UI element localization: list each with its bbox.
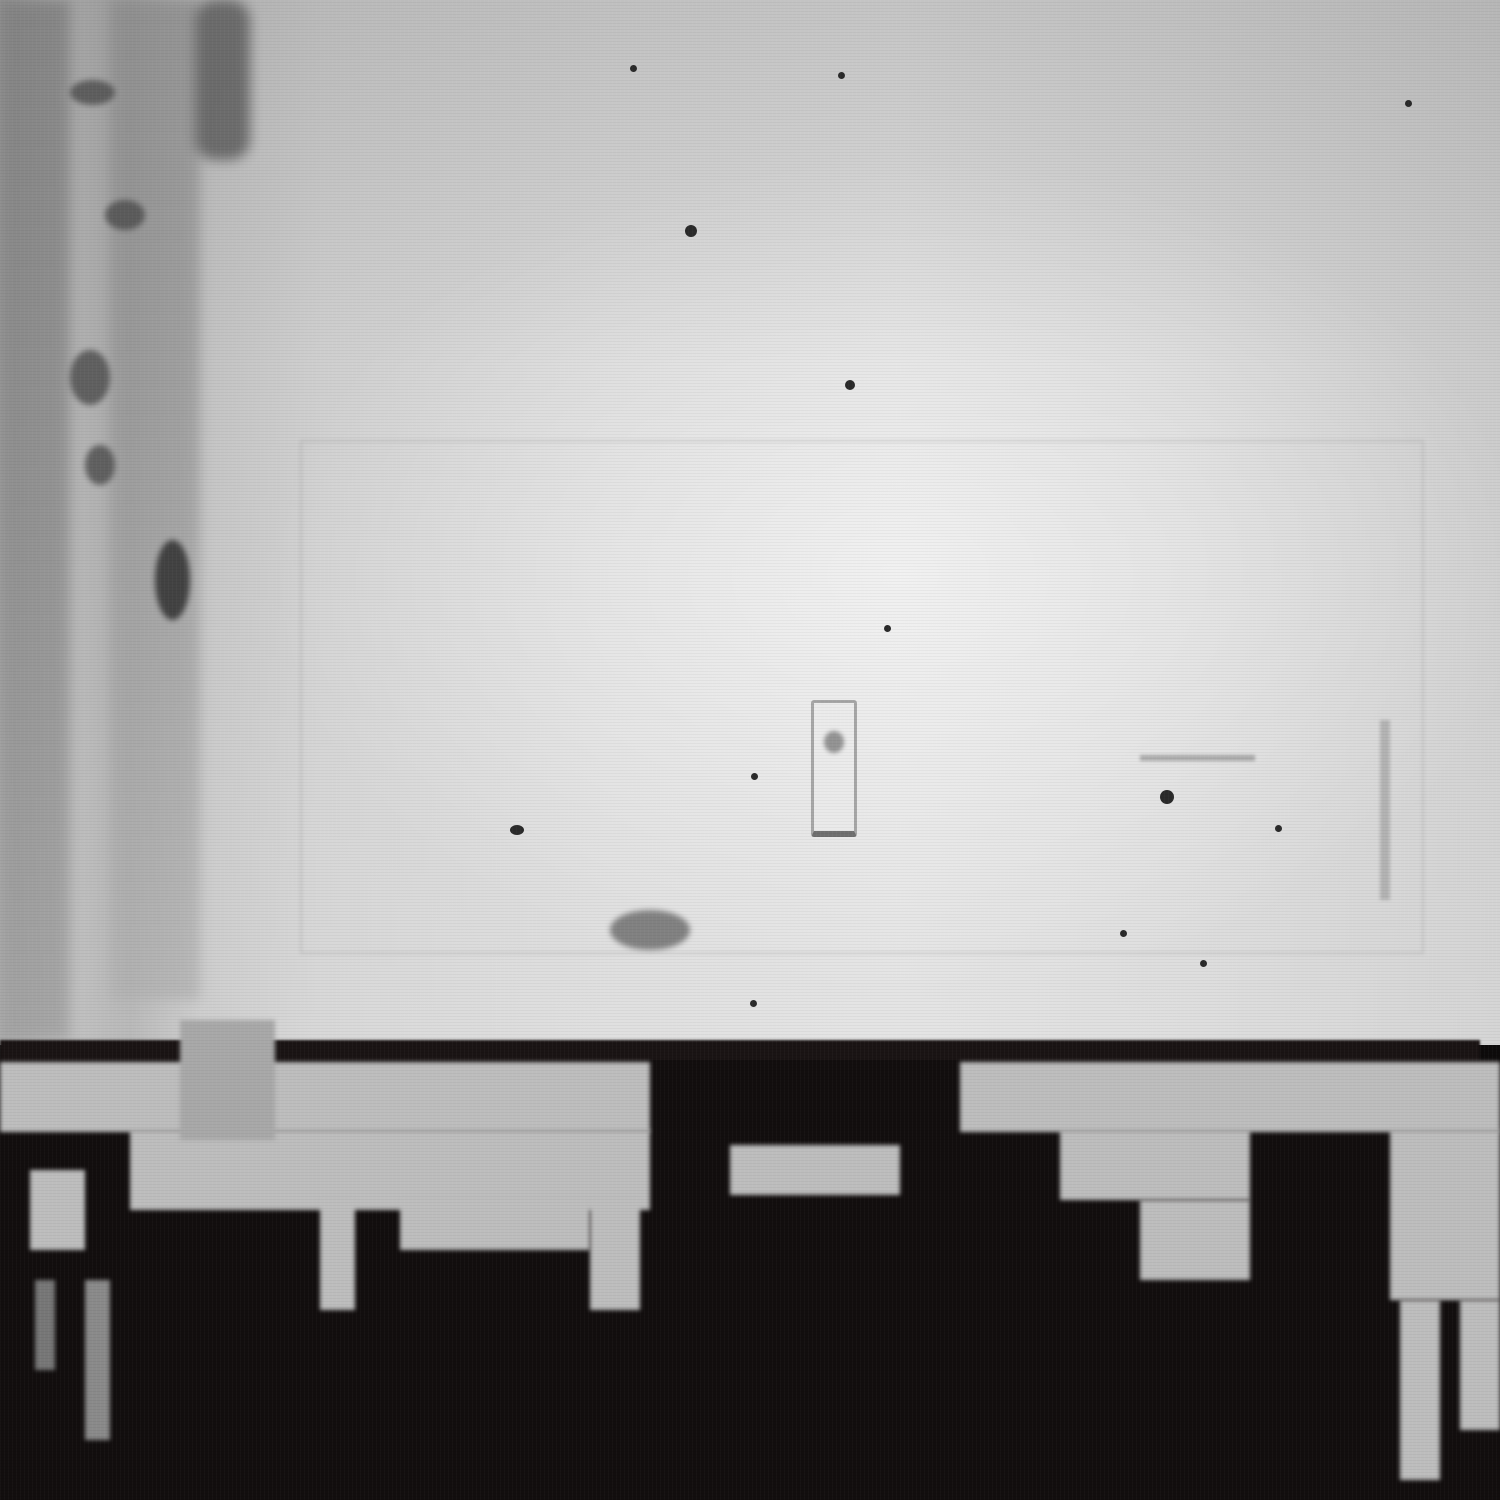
peeling-paint-patch xyxy=(590,1200,640,1310)
left-stain-streak xyxy=(110,0,200,1000)
top-stain-blotch xyxy=(195,0,250,160)
peeling-paint-patch xyxy=(400,1200,590,1250)
stain-blotch xyxy=(105,200,145,230)
stain-blotch xyxy=(85,445,115,485)
stain-blotch xyxy=(155,540,190,620)
wall-pock-mark xyxy=(750,1000,757,1007)
left-stain-streak xyxy=(0,0,70,1040)
wall-pock-mark xyxy=(630,65,637,72)
wall-pock-mark xyxy=(751,773,758,780)
peeling-paint-patch xyxy=(1460,1300,1500,1430)
wall-pock-mark xyxy=(884,625,891,632)
stain-blotch xyxy=(70,80,115,105)
peeling-paint-patch xyxy=(1390,1130,1500,1300)
wall-pock-mark xyxy=(838,72,845,79)
peeling-paint-patch xyxy=(1060,1130,1250,1200)
peeling-paint-patch xyxy=(180,1020,275,1140)
wall-panel-moulding xyxy=(1140,755,1255,761)
peeling-paint-patch xyxy=(320,1200,355,1310)
wall-pock-mark xyxy=(1160,790,1174,804)
peeling-paint-patch xyxy=(1140,1200,1250,1280)
peeling-paint-patch xyxy=(0,1062,650,1132)
peeling-paint-patch xyxy=(960,1062,1500,1132)
light-switch-toggle xyxy=(824,731,844,753)
wall-panel-moulding xyxy=(1380,720,1430,900)
stain-blotch xyxy=(70,350,110,405)
wall-pock-mark xyxy=(1200,960,1207,967)
wall-panel-moulding xyxy=(300,440,1424,954)
peeling-paint-patch xyxy=(85,1280,110,1440)
peeling-paint-patch xyxy=(1400,1300,1440,1480)
peeling-paint-patch xyxy=(35,1280,55,1370)
light-switch-plate xyxy=(811,700,857,837)
peeling-paint-patch xyxy=(130,1130,650,1210)
peeling-paint-patch xyxy=(30,1170,85,1250)
wall-pock-mark xyxy=(510,825,524,835)
wall-pock-mark xyxy=(845,380,855,390)
wall-pock-mark xyxy=(1405,100,1412,107)
wall-pock-mark xyxy=(1120,930,1127,937)
wall-pock-mark xyxy=(685,225,697,237)
wall-photograph xyxy=(0,0,1500,1500)
wall-pock-mark xyxy=(1275,825,1282,832)
peeling-paint-patch xyxy=(730,1145,900,1195)
